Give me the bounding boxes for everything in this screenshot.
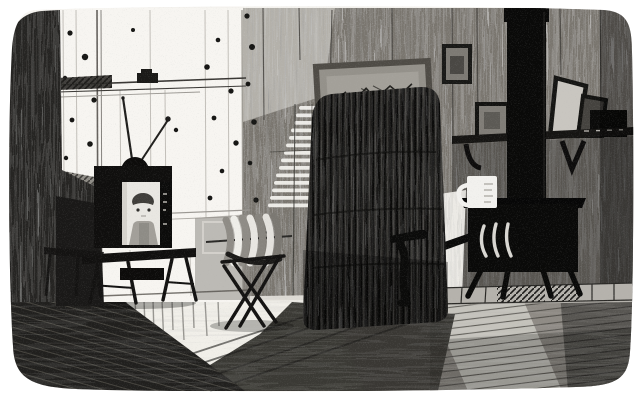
scene-illustration: Monochrome living-room illustration: a s… <box>0 0 641 396</box>
illustration-figure: Monochrome living-room illustration: a s… <box>0 0 641 396</box>
page: Monochrome living-room illustration: a s… <box>0 0 641 396</box>
paper-grain-overlay <box>0 0 641 396</box>
